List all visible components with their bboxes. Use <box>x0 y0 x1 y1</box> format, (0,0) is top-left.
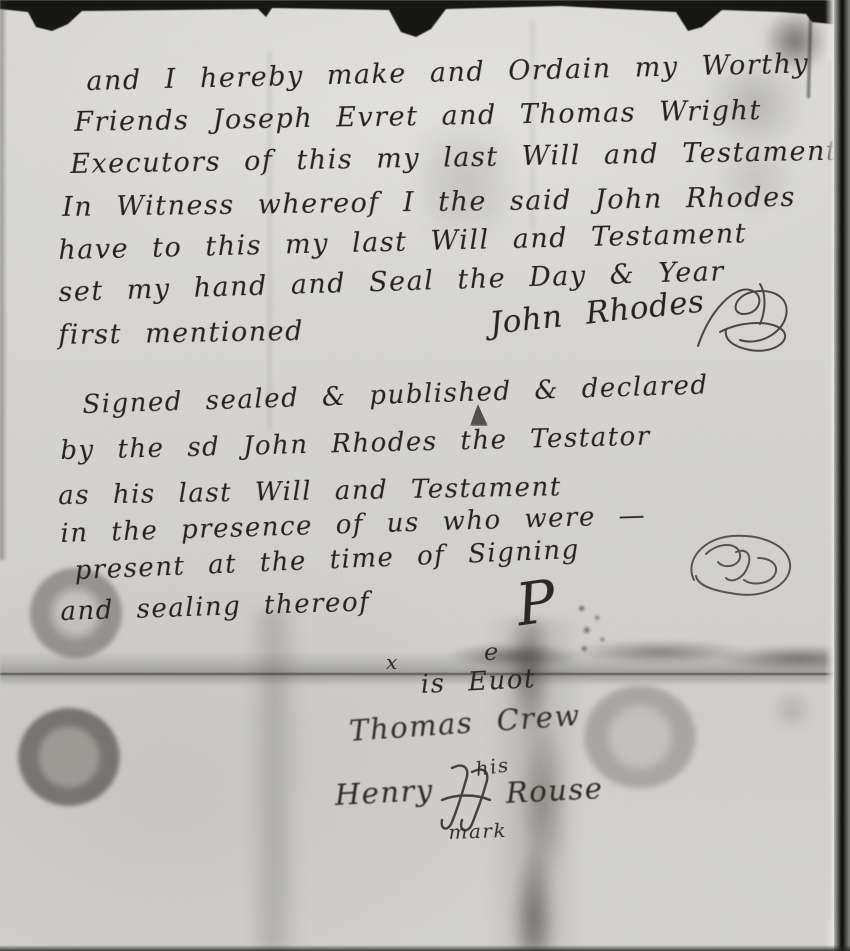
witness-signature: Henry <box>334 773 435 812</box>
fold-text-fragment: is Euot <box>420 664 537 700</box>
paper-right-margin <box>825 0 834 951</box>
ring-flourish <box>680 524 796 614</box>
pen-flourish-p: P <box>512 566 562 639</box>
manuscript-line: first mentioned <box>58 316 304 351</box>
scan-edge-right <box>834 0 850 951</box>
scan-edge-bottom <box>0 945 850 951</box>
manuscript-line: Friends Joseph Evret and Thomas Wright <box>74 95 762 138</box>
scan-edge-left <box>0 0 7 560</box>
attestation-line: Signed sealed & published & declared <box>82 370 709 420</box>
witness-signature: Rouse <box>505 771 604 810</box>
paper-smudge <box>770 690 814 730</box>
ring-stain <box>18 708 120 806</box>
witness-mark-label: mark <box>448 818 507 844</box>
manuscript-line: In Witness whereof I the said John Rhode… <box>62 182 796 223</box>
scanned-will-page: and I hereby make and Ordain my Worthy —… <box>0 0 850 951</box>
torn-top-edge <box>0 0 850 46</box>
fold-mark-x: x <box>386 650 399 674</box>
manuscript-line: and I hereby make and Ordain my Worthy — <box>86 47 850 97</box>
attestation-line: by the sd John Rhodes the Testator <box>60 422 651 466</box>
manuscript-line: Executors of this my last Will and Testa… <box>70 136 839 180</box>
attestation-line: and sealing thereof <box>60 587 371 627</box>
paper-corner-smudge <box>756 14 834 68</box>
seal-flourish <box>690 280 796 362</box>
pen-flourish-e: e <box>484 638 500 666</box>
